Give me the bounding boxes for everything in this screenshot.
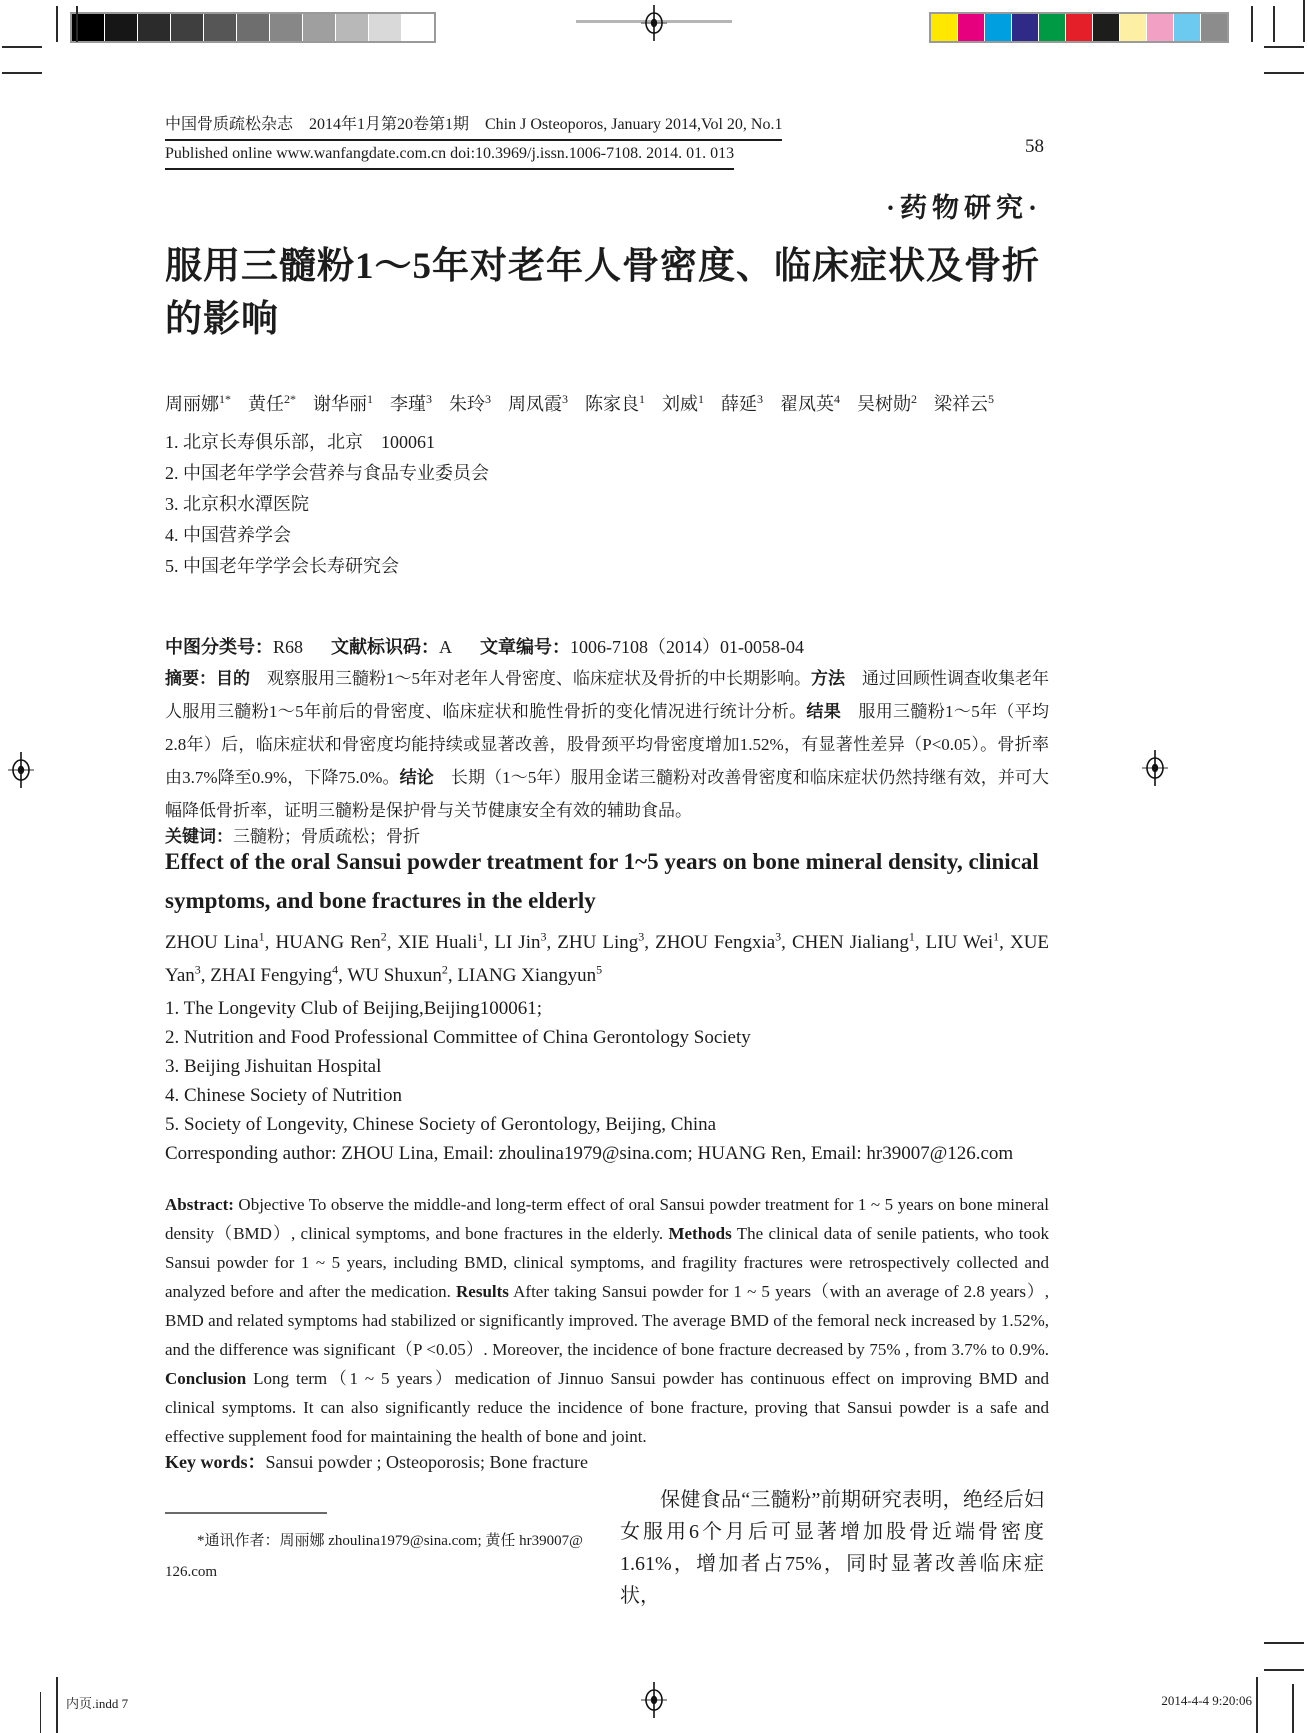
crop-mark <box>2 72 42 74</box>
author-affiliation-superscript: 5 <box>988 392 994 406</box>
author-name-en: WU Shuxun2, <box>347 965 457 986</box>
grayscale-bar-cell <box>237 14 269 41</box>
author-name: LIANG Xiangyun <box>457 965 596 986</box>
crop-mark <box>40 1692 41 1733</box>
authors-en: ZHOU Lina1, HUANG Ren2, XIE Huali1, LI J… <box>165 926 1049 992</box>
author-name-cn: 周凤霞3 <box>508 394 568 414</box>
author-separator: , <box>338 965 347 986</box>
grayscale-bar-cell <box>138 14 170 41</box>
footnote-line2: 126.com <box>165 1557 585 1588</box>
affiliation-line-cn: 2. 中国老年学学会营养与食品专业委员会 <box>165 458 1049 489</box>
abstract-label-conclusion-cn: 结论 <box>400 768 434 787</box>
author-name: 谢华丽 <box>313 394 367 414</box>
clc-value: R68 <box>273 637 303 657</box>
color-calibration-bar <box>929 12 1229 43</box>
grayscale-bar-cell <box>402 14 434 41</box>
abstract-text: 观察服用三髓粉1～5年对老年人骨密度、临床症状及骨折的中长期影响。 <box>250 669 811 688</box>
color-bar-cell <box>1201 14 1227 41</box>
crop-mark <box>1251 6 1253 42</box>
color-bar-cell <box>1012 14 1038 41</box>
author-name: 黄任 <box>248 394 284 414</box>
abstract-label-results-en: Results <box>456 1282 509 1301</box>
abstract-en: Abstract: Objective To observe the middl… <box>165 1190 1049 1451</box>
author-name: 刘威 <box>662 394 698 414</box>
author-name: ZHAI Fengying <box>210 965 332 986</box>
author-name-cn: 梁祥云5 <box>934 394 994 414</box>
author-separator: , <box>915 932 926 953</box>
author-name-en: ZHAI Fengying4, <box>210 965 347 986</box>
author-name: ZHOU Fengxia <box>655 932 775 953</box>
author-separator: , <box>387 932 398 953</box>
article-id-value: 1006-7108（2014）01-0058-04 <box>570 637 804 657</box>
article-title-cn: 服用三髓粉1～5年对老年人骨密度、临床症状及骨折的影响 <box>165 240 1049 346</box>
crop-mark <box>1264 72 1304 74</box>
scanned-journal-page: 中国骨质疏松杂志 2014年1月第20卷第1期 Chin J Osteoporo… <box>0 0 1308 1733</box>
registration-mark-icon <box>1142 750 1168 786</box>
author-name-cn: 谢华丽1 <box>313 394 373 414</box>
registration-mark-icon <box>641 1682 667 1718</box>
author-affiliation-superscript: 3 <box>562 392 568 406</box>
article-title-en: Effect of the oral Sansui powder treatme… <box>165 842 1049 920</box>
author-name-en: XIE Huali1, <box>398 932 495 953</box>
footnote-line1: *通讯作者：周丽娜 zhoulina1979@sina.com; 黄任 hr39… <box>165 1526 585 1557</box>
affiliation-line-en: 2. Nutrition and Food Professional Commi… <box>165 1023 1049 1052</box>
keywords-text-en: Sansui powder ; Osteoporosis; Bone fract… <box>266 1452 588 1472</box>
affiliation-line-en: 3. Beijing Jishuitan Hospital <box>165 1052 1049 1081</box>
author-separator: , <box>546 932 557 953</box>
doc-code-label: 文献标识码： <box>331 637 439 657</box>
author-affiliation-superscript: 1* <box>219 392 231 406</box>
grayscale-calibration-bar <box>70 12 436 43</box>
crop-mark <box>1264 1669 1304 1671</box>
registration-mark-icon <box>8 752 34 788</box>
author-name-en: ZHOU Lina1, <box>165 932 275 953</box>
registration-mark-icon <box>641 5 667 41</box>
author-affiliation-superscript: 1 <box>367 392 373 406</box>
author-name-cn: 李瑾3 <box>390 394 432 414</box>
author-separator: , <box>484 932 495 953</box>
author-name: WU Shuxun <box>347 965 441 986</box>
affiliation-line-cn: 1. 北京长寿俱乐部，北京 100061 <box>165 427 1049 458</box>
abstract-label-results-cn: 结果 <box>806 702 841 721</box>
author-name: XIE Huali <box>398 932 478 953</box>
author-affiliation-superscript: 2* <box>284 392 296 406</box>
color-bar-cell <box>985 14 1011 41</box>
author-affiliation-superscript: 4 <box>834 392 840 406</box>
color-bar-cell <box>958 14 984 41</box>
author-name: 朱玲 <box>449 394 485 414</box>
author-affiliation-superscript: 3 <box>757 392 763 406</box>
crop-mark <box>1292 1684 1294 1733</box>
author-separator: , <box>781 932 792 953</box>
author-name-cn: 朱玲3 <box>449 394 491 414</box>
abstract-label-conclusion-en: Conclusion <box>165 1369 246 1388</box>
author-name: LI Jin <box>494 932 540 953</box>
grayscale-bar-cell <box>270 14 302 41</box>
clc-label: 中图分类号： <box>165 637 273 657</box>
grayscale-bar-cell <box>204 14 236 41</box>
crop-mark <box>56 6 58 42</box>
grayscale-bar-cell <box>303 14 335 41</box>
grayscale-bar-cell <box>105 14 137 41</box>
color-bar-cell <box>1066 14 1092 41</box>
affiliation-line-en: 1. The Longevity Club of Beijing,Beijing… <box>165 994 1049 1023</box>
author-name-en: LIANG Xiangyun5 <box>457 965 602 986</box>
abstract-text: Long term（1 ~ 5 years）medication of Jinn… <box>165 1369 1049 1446</box>
author-name-en: CHEN Jialiang1, <box>792 932 926 953</box>
affiliation-line-en: 5. Society of Longevity, Chinese Society… <box>165 1110 1049 1139</box>
authors-cn: 周丽娜1*黄任2*谢华丽1李瑾3朱玲3周凤霞3陈家良1刘威1薛延3翟凤英4吴树勋… <box>165 390 1049 416</box>
crop-mark <box>1264 46 1304 48</box>
corresponding-author-footnote: *通讯作者：周丽娜 zhoulina1979@sina.com; 黄任 hr39… <box>165 1512 585 1588</box>
author-name: LIU Wei <box>926 932 994 953</box>
author-separator: , <box>999 932 1010 953</box>
author-name: 梁祥云 <box>934 394 988 414</box>
author-name-cn: 吴树勋2 <box>857 394 917 414</box>
affiliation-line-cn: 4. 中国营养学会 <box>165 520 1049 551</box>
crop-mark <box>1303 0 1305 42</box>
color-bar-cell <box>1174 14 1200 41</box>
author-name: CHEN Jialiang <box>792 932 909 953</box>
author-name: 李瑾 <box>390 394 426 414</box>
author-name-en: LIU Wei1, <box>926 932 1010 953</box>
affiliation-line-cn: 5. 中国老年学学会长寿研究会 <box>165 551 1049 582</box>
color-bar-cell <box>1120 14 1146 41</box>
author-name: ZHOU Lina <box>165 932 259 953</box>
body-first-paragraph: 保健食品“三髓粉”前期研究表明，绝经后妇女服用6个月后可显著增加股骨近端骨密度1… <box>620 1484 1044 1612</box>
affiliation-line-en: 4. Chinese Society of Nutrition <box>165 1081 1049 1110</box>
author-name-cn: 黄任2* <box>248 394 296 414</box>
author-affiliation-superscript: 2 <box>911 392 917 406</box>
running-head-line1: 中国骨质疏松杂志 2014年1月第20卷第1期 Chin J Osteoporo… <box>165 114 1045 141</box>
author-name-cn: 翟凤英4 <box>780 394 840 414</box>
section-label: ·药物研究· <box>165 186 1042 225</box>
author-name-cn: 陈家良1 <box>585 394 645 414</box>
affiliation-list-en: 1. The Longevity Club of Beijing,Beijing… <box>165 994 1049 1139</box>
author-separator: , <box>265 932 276 953</box>
color-bar-cell <box>1147 14 1173 41</box>
journal-running-head: 中国骨质疏松杂志 2014年1月第20卷第1期 Chin J Osteoporo… <box>165 114 1045 170</box>
abstract-cn: 摘要：目的 观察服用三髓粉1～5年对老年人骨密度、临床症状及骨折的中长期影响。方… <box>165 662 1049 827</box>
corresponding-author-line: Corresponding author: ZHOU Lina, Email: … <box>165 1139 1049 1168</box>
affiliations-en: 1. The Longevity Club of Beijing,Beijing… <box>165 994 1049 1168</box>
abstract-label-methods-en: Methods <box>668 1224 731 1243</box>
crop-mark <box>1273 6 1275 42</box>
crop-mark <box>1264 1642 1304 1644</box>
author-name: 薛延 <box>721 394 757 414</box>
keywords-label-en: Key words <box>165 1452 248 1472</box>
keywords-en: Key words：Sansui powder ; Osteoporosis; … <box>165 1448 1049 1474</box>
author-affiliation-superscript: 3 <box>485 392 491 406</box>
crop-mark <box>56 1677 58 1733</box>
author-name: HUANG Ren <box>275 932 380 953</box>
footnote-rule <box>165 1512 327 1514</box>
author-name: 陈家良 <box>585 394 639 414</box>
author-name-en: LI Jin3, <box>494 932 557 953</box>
color-bar-cell <box>1039 14 1065 41</box>
crop-mark <box>1256 1677 1258 1733</box>
color-bar-cell <box>1093 14 1119 41</box>
author-name-cn: 周丽娜1* <box>165 394 231 414</box>
author-separator: , <box>201 965 211 986</box>
author-name-cn: 薛延3 <box>721 394 763 414</box>
slug-filename: 内页.indd 7 <box>66 1693 128 1712</box>
abstract-label-en: Abstract: <box>165 1195 234 1214</box>
author-name-en: HUANG Ren2, <box>275 932 397 953</box>
author-separator: , <box>644 932 655 953</box>
author-name: ZHU Ling <box>557 932 638 953</box>
author-affiliation-superscript: 5 <box>596 963 602 977</box>
keywords-colon: ： <box>248 1452 266 1472</box>
author-affiliation-superscript: 3 <box>426 392 432 406</box>
article-meta-line: 中图分类号：R68文献标识码：A文章编号：1006-7108（2014）01-0… <box>165 633 1049 659</box>
grayscale-bar-cell <box>369 14 401 41</box>
author-name-cn: 刘威1 <box>662 394 704 414</box>
abstract-label-methods-cn: 方法 <box>811 669 845 688</box>
author-name: 周丽娜 <box>165 394 219 414</box>
author-name: 吴树勋 <box>857 394 911 414</box>
color-bar-cell <box>931 14 957 41</box>
grayscale-bar-cell <box>336 14 368 41</box>
abstract-label-objective-cn: 摘要：目的 <box>165 669 250 688</box>
author-name-en: ZHU Ling3, <box>557 932 655 953</box>
grayscale-bar-cell <box>171 14 203 41</box>
crop-mark <box>76 6 78 42</box>
affiliation-line-cn: 3. 北京积水潭医院 <box>165 489 1049 520</box>
running-head-line2: Published online www.wanfangdate.com.cn … <box>165 143 1045 170</box>
affiliations-cn: 1. 北京长寿俱乐部，北京 1000612. 中国老年学学会营养与食品专业委员会… <box>165 427 1049 582</box>
author-name-en: ZHOU Fengxia3, <box>655 932 792 953</box>
crop-mark <box>2 46 42 48</box>
author-name: 翟凤英 <box>780 394 834 414</box>
page-number: 58 <box>960 136 1044 158</box>
article-id-label: 文章编号： <box>480 637 570 657</box>
author-affiliation-superscript: 1 <box>698 392 704 406</box>
slug-timestamp: 2014-4-4 9:20:06 <box>1090 1693 1252 1709</box>
doc-code-value: A <box>439 637 452 657</box>
author-affiliation-superscript: 1 <box>639 392 645 406</box>
author-name: 周凤霞 <box>508 394 562 414</box>
author-separator: , <box>448 965 458 986</box>
